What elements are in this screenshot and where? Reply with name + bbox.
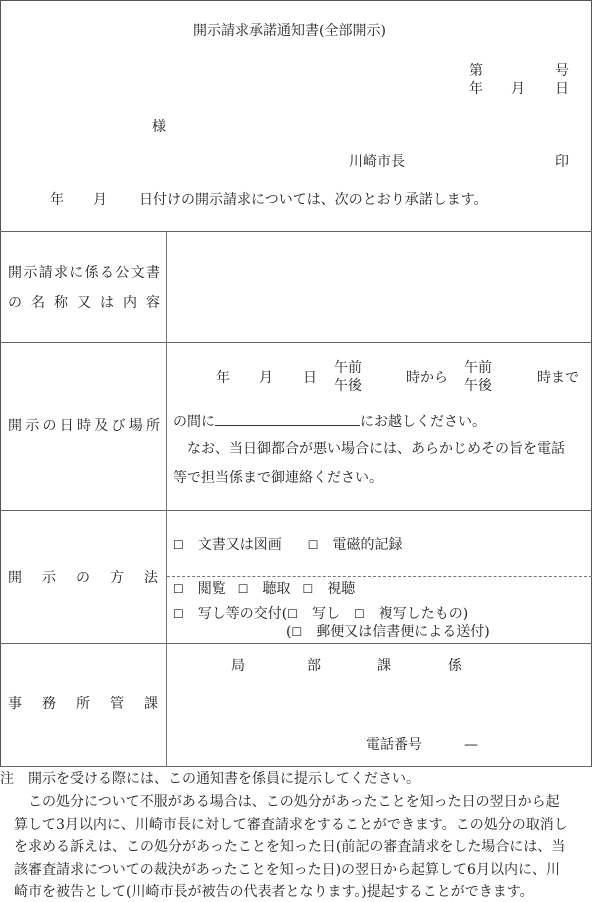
seal-mark: 印 <box>555 155 569 169</box>
row1-label-line1: 開示請求に係る公文書 <box>8 266 160 280</box>
column-divider <box>166 231 167 767</box>
date-year-label: 年 <box>216 371 230 385</box>
phone-label: 電話番号 <box>366 738 422 752</box>
intro-month: 月 <box>93 193 107 207</box>
ampm2-am: 午前 <box>464 361 492 375</box>
divider <box>0 342 592 343</box>
row4-label: 事務所管課 <box>8 697 158 711</box>
checkbox-duplicate[interactable]: ☐ <box>354 607 365 621</box>
checkbox-documents[interactable]: ☐ <box>173 538 184 552</box>
place-blank-field[interactable] <box>215 413 360 426</box>
section-label: 課 <box>377 659 391 673</box>
ampm1-am: 午前 <box>334 361 362 375</box>
intro-text: 日付けの開示請求については、次のとおり承諾します。 <box>139 193 488 207</box>
checkbox-listen[interactable]: ☐ <box>238 582 249 596</box>
issuer: 川崎市長 <box>349 155 405 169</box>
method-copy-line: ☐写し等の交付(☐写し☐複写したもの) <box>173 607 468 621</box>
checkbox-view[interactable]: ☐ <box>173 582 184 596</box>
row3-label: 開示の方法 <box>8 571 158 585</box>
bureau-label: 局 <box>231 659 245 673</box>
divider <box>0 643 592 644</box>
note-line6: 崎市を被告として(川崎市長が被告の代表者となります。)提起することができます。 <box>0 881 534 902</box>
note-line5: 該審査請求についての裁決があったことを知った日)の翌日から起算して6月以内に、川 <box>0 859 560 882</box>
checkbox-electromagnetic[interactable]: ☐ <box>308 538 319 552</box>
date-day-label: 日 <box>303 371 317 385</box>
unit-label: 係 <box>448 659 462 673</box>
row1-label-line2: の名称又は内容 <box>8 296 160 310</box>
notice-line1: なお、当日御都合が悪い場合には、あらかじめその旨を電話 <box>173 442 565 456</box>
method-mail-line: (☐郵便又は信書便による送付) <box>286 625 490 639</box>
ampm2-pm: 午後 <box>464 379 492 393</box>
divider <box>0 510 592 511</box>
phone-dash: — <box>464 738 478 752</box>
document-name-field[interactable] <box>168 233 590 341</box>
checkbox-copy-delivery[interactable]: ☐ <box>173 607 184 621</box>
method-type-line: ☐文書又は図画☐電磁的記録 <box>173 538 403 552</box>
note-line2: この処分について不服がある場合は、この処分があったことを知った日の翌日から起 <box>0 791 560 814</box>
date-day: 日 <box>555 82 569 96</box>
checkbox-copy[interactable]: ☐ <box>287 607 298 621</box>
note-line4: を求める訴えは、この処分があったことを知った日(前記の審査請求をした場合には、当 <box>0 836 565 859</box>
date-month: 月 <box>511 82 525 96</box>
date-year: 年 <box>469 82 483 96</box>
divider <box>0 766 592 767</box>
checkbox-watch[interactable]: ☐ <box>303 582 314 596</box>
form-frame <box>0 0 592 767</box>
method-view-line: ☐閲覧☐聴取☐視聴 <box>173 582 355 596</box>
date-month-label: 月 <box>259 371 273 385</box>
department-label: 部 <box>307 659 321 673</box>
dotted-divider <box>167 576 592 577</box>
number-prefix: 第 <box>469 64 483 78</box>
place-line: の間ににお越しください。 <box>173 413 486 429</box>
number-suffix: 号 <box>555 64 569 78</box>
time-from-label: 時から <box>406 371 448 385</box>
divider <box>0 231 592 232</box>
note-line1: 注 開示を受ける際には、この通知書を係員に提示してください。 <box>0 768 420 791</box>
note-line3: 算して3月以内に、川崎市長に対して審査請求をすることができます。この処分の取消し <box>0 814 568 837</box>
row2-label: 開示の日時及び場所 <box>8 419 160 433</box>
intro-year: 年 <box>50 193 64 207</box>
time-until-label: 時まで <box>537 371 579 385</box>
notice-line2: 等で担当係まで御連絡ください。 <box>173 471 383 485</box>
checkbox-mail[interactable]: ☐ <box>291 625 302 639</box>
ampm1-pm: 午後 <box>334 379 362 393</box>
addressee-suffix: 様 <box>152 120 166 134</box>
document-title: 開示請求承諾通知書(全部開示) <box>193 24 386 38</box>
